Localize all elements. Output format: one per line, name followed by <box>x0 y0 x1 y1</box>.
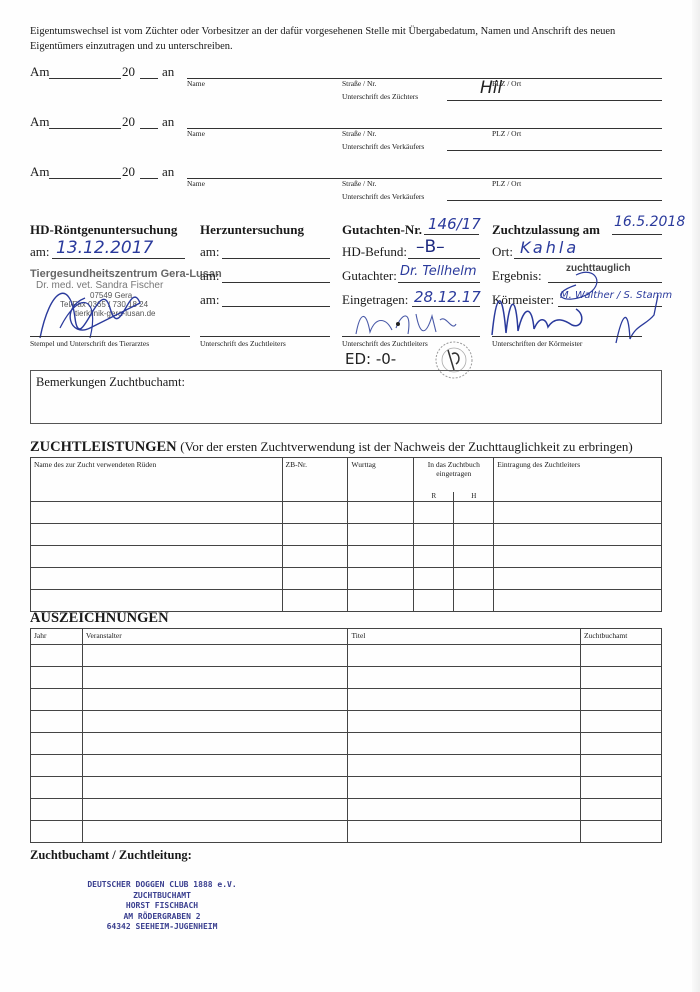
col-entry: Eintragung des Zuchtleiters <box>494 458 662 502</box>
table-row <box>31 777 662 799</box>
breeding-performance-table: Name des zur Zucht verwendeten Rüden ZB-… <box>30 457 662 612</box>
breeding-document-page: Eigentumswechsel ist vom Züchter oder Vo… <box>0 0 700 992</box>
cell-entry[interactable] <box>494 545 662 567</box>
table-row <box>31 755 662 777</box>
table-row <box>31 523 662 545</box>
table-row <box>31 501 662 523</box>
cell-organizer[interactable] <box>82 645 348 667</box>
hd-finding-label: HD-Befund: <box>342 244 407 260</box>
new-owner-field[interactable] <box>187 78 662 79</box>
hd-am-label: am: <box>30 244 50 260</box>
cell-year[interactable] <box>31 799 83 821</box>
breeding-warden-signature-scribble <box>352 306 462 340</box>
col-r: R <box>414 492 454 502</box>
cell-organizer[interactable] <box>82 777 348 799</box>
breeder-signature: Hil <box>480 78 502 98</box>
cell-litter-day[interactable] <box>348 501 414 523</box>
expertise-number-field[interactable] <box>424 234 479 235</box>
breeding-approval-date-field[interactable] <box>612 234 662 235</box>
date-field[interactable] <box>49 178 121 179</box>
cell-organizer[interactable] <box>82 821 348 843</box>
awards-heading: AUSZEICHNUNGEN <box>30 610 169 627</box>
cell-title[interactable] <box>348 755 581 777</box>
cell-h[interactable] <box>454 545 494 567</box>
registered-value: 28.12.17 <box>414 288 481 306</box>
plz-label: PLZ / Ort <box>492 179 521 188</box>
cell-entry[interactable] <box>494 523 662 545</box>
col-litter-day: Wurttag <box>348 458 414 502</box>
cell-organizer[interactable] <box>82 689 348 711</box>
name-label: Name <box>187 129 205 138</box>
year-field[interactable] <box>140 128 158 129</box>
cell-year[interactable] <box>31 689 83 711</box>
cell-entry[interactable] <box>494 589 662 611</box>
cell-sire[interactable] <box>31 589 283 611</box>
cell-studbook[interactable] <box>581 667 662 689</box>
new-owner-field[interactable] <box>187 128 662 129</box>
cell-zb[interactable] <box>282 523 348 545</box>
cell-zb[interactable] <box>282 589 348 611</box>
breeding-approval-label: Zuchtzulassung am <box>492 222 600 238</box>
page-edge <box>692 0 700 992</box>
cell-title[interactable] <box>348 689 581 711</box>
hd-date-value: 13.12.2017 <box>56 238 153 258</box>
expertise-number-value: 146/17 <box>428 215 481 233</box>
table-row <box>31 711 662 733</box>
am-label: Am <box>30 164 50 180</box>
ownership-change-1: Am 20 an Name Straße / Nr. PLZ / Ort Unt… <box>30 64 662 104</box>
cell-sire[interactable] <box>31 545 283 567</box>
cell-zb[interactable] <box>282 545 348 567</box>
col-sire: Name des zur Zucht verwendeten Rüden <box>31 458 283 502</box>
stamp-line4: AM RÖDERGRABEN 2 <box>82 912 242 923</box>
cell-year[interactable] <box>31 733 83 755</box>
street-label: Straße / Nr. <box>342 79 376 88</box>
table-row <box>31 645 662 667</box>
inspector-caption: Unterschriften der Körmeister <box>492 336 642 348</box>
table-row <box>31 733 662 755</box>
cell-zb[interactable] <box>282 501 348 523</box>
cell-litter-day[interactable] <box>348 545 414 567</box>
reviewer-value: Dr. Tellhelm <box>400 264 477 279</box>
signature-field[interactable] <box>447 150 662 151</box>
cell-title[interactable] <box>348 711 581 733</box>
table-row <box>31 689 662 711</box>
cell-h[interactable] <box>454 501 494 523</box>
year-field[interactable] <box>140 78 158 79</box>
year-prefix: 20 <box>122 164 135 180</box>
col-title: Titel <box>348 629 581 645</box>
vet-caption: Stempel und Unterschrift des Tierarztes <box>30 336 190 348</box>
hd-date-field[interactable] <box>52 258 185 259</box>
stamp-line2: ZUCHTBUCHAMT <box>82 891 242 902</box>
ownership-change-3: Am 20 an Name Straße / Nr. PLZ / Ort Unt… <box>30 164 662 204</box>
cell-sire[interactable] <box>31 567 283 589</box>
cell-title[interactable] <box>348 821 581 843</box>
cell-year[interactable] <box>31 755 83 777</box>
cell-studbook[interactable] <box>581 799 662 821</box>
studbook-stamp: DEUTSCHER DOGGEN CLUB 1888 e.V. ZUCHTBUC… <box>82 880 242 933</box>
vet-signature-scribble <box>30 268 190 346</box>
cell-r[interactable] <box>414 589 454 611</box>
breeding-approval-date-value: 16.5.2018 <box>614 214 685 230</box>
year-prefix: 20 <box>122 114 135 130</box>
plz-label: PLZ / Ort <box>492 129 521 138</box>
cell-year[interactable] <box>31 667 83 689</box>
signature-field[interactable] <box>447 100 662 101</box>
inspector-signatures-scribble <box>486 255 666 347</box>
cell-organizer[interactable] <box>82 667 348 689</box>
name-label: Name <box>187 179 205 188</box>
ownership-change-2: Am 20 an Name Straße / Nr. PLZ / Ort Unt… <box>30 114 662 154</box>
heart-am-label-2: am: <box>200 268 220 284</box>
an-label: an <box>162 164 174 180</box>
reviewer-field[interactable] <box>398 282 480 283</box>
signature-label: Unterschrift des Verkäufers <box>342 192 424 201</box>
year-field[interactable] <box>140 178 158 179</box>
signature-label: Unterschrift des Verkäufers <box>342 142 424 151</box>
stamp-line1: DEUTSCHER DOGGEN CLUB 1888 e.V. <box>82 880 242 891</box>
cell-year[interactable] <box>31 821 83 843</box>
cell-title[interactable] <box>348 645 581 667</box>
hd-finding-field[interactable] <box>408 258 480 259</box>
cell-h[interactable] <box>454 589 494 611</box>
table-header-row: Name des zur Zucht verwendeten Rüden ZB-… <box>31 458 662 492</box>
remarks-box[interactable]: Bemerkungen Zuchtbuchamt: <box>30 370 662 424</box>
cell-title[interactable] <box>348 733 581 755</box>
cell-litter-day[interactable] <box>348 523 414 545</box>
cell-studbook[interactable] <box>581 645 662 667</box>
hd-exam-title: HD-Röntgenuntersuchung <box>30 222 177 238</box>
col-year: Jahr <box>31 629 83 645</box>
heart-am-label-1: am: <box>200 244 220 260</box>
cell-sire[interactable] <box>31 523 283 545</box>
an-label: an <box>162 64 174 80</box>
cell-studbook[interactable] <box>581 733 662 755</box>
breeding-performance-title: ZUCHTLEISTUNGEN <box>30 439 177 455</box>
year-prefix: 20 <box>122 64 135 80</box>
date-field[interactable] <box>49 78 121 79</box>
awards-table: Jahr Veranstalter Titel Zuchtbuchamt <box>30 628 662 843</box>
cell-entry[interactable] <box>494 567 662 589</box>
stamp-line5: 64342 SEEHEIM-JUGENHEIM <box>82 922 242 933</box>
cell-sire[interactable] <box>31 501 283 523</box>
table-row <box>31 799 662 821</box>
street-label: Straße / Nr. <box>342 179 376 188</box>
cell-studbook[interactable] <box>581 777 662 799</box>
name-label: Name <box>187 79 205 88</box>
cell-r[interactable] <box>414 567 454 589</box>
an-label: an <box>162 114 174 130</box>
heart-am-label-3: am: <box>200 292 220 308</box>
signature-label: Unterschrift des Züchters <box>342 92 418 101</box>
table-row <box>31 545 662 567</box>
cell-r[interactable] <box>414 523 454 545</box>
cell-organizer[interactable] <box>82 733 348 755</box>
reviewer-label: Gutachter: <box>342 268 397 284</box>
footer-label: Zuchtbuchamt / Zuchtleitung: <box>30 848 192 863</box>
cell-year[interactable] <box>31 711 83 733</box>
col-zb-number: ZB-Nr. <box>282 458 348 502</box>
new-owner-field[interactable] <box>187 178 662 179</box>
cell-h[interactable] <box>454 567 494 589</box>
cell-year[interactable] <box>31 777 83 799</box>
expertise-number-label: Gutachten-Nr. <box>342 222 422 238</box>
cell-h[interactable] <box>454 523 494 545</box>
ed-note: ED: -0- <box>345 350 396 368</box>
signature-field[interactable] <box>447 200 662 201</box>
am-label: Am <box>30 114 50 130</box>
heart-exam-title: Herzuntersuchung <box>200 222 304 238</box>
cell-year[interactable] <box>31 645 83 667</box>
col-studbook: Zuchtbuchamt <box>581 629 662 645</box>
table-row <box>31 667 662 689</box>
am-label: Am <box>30 64 50 80</box>
col-studbook: In das Zuchtbuch eingetragen <box>414 458 494 492</box>
cell-entry[interactable] <box>494 501 662 523</box>
table-header-row: Jahr Veranstalter Titel Zuchtbuchamt <box>31 629 662 645</box>
cell-studbook[interactable] <box>581 755 662 777</box>
table-row <box>31 821 662 843</box>
cell-r[interactable] <box>414 545 454 567</box>
cell-litter-day[interactable] <box>348 567 414 589</box>
heart-date-field-2[interactable] <box>222 282 330 283</box>
cell-litter-day[interactable] <box>348 589 414 611</box>
street-label: Straße / Nr. <box>342 129 376 138</box>
col-organizer: Veranstalter <box>82 629 348 645</box>
cell-organizer[interactable] <box>82 755 348 777</box>
cell-studbook[interactable] <box>581 711 662 733</box>
remarks-label: Bemerkungen Zuchtbuchamt: <box>36 375 185 389</box>
cell-organizer[interactable] <box>82 711 348 733</box>
heart-date-field-3[interactable] <box>222 306 330 307</box>
cell-title[interactable] <box>348 667 581 689</box>
cell-title[interactable] <box>348 777 581 799</box>
cell-zb[interactable] <box>282 567 348 589</box>
heart-date-field-1[interactable] <box>222 258 330 259</box>
table-row <box>31 567 662 589</box>
breeding-performance-heading: ZUCHTLEISTUNGEN (Vor der ersten Zuchtver… <box>30 439 633 456</box>
cell-title[interactable] <box>348 799 581 821</box>
col-h: H <box>454 492 494 502</box>
heart-caption: Unterschrift des Zuchtleiters <box>200 336 330 348</box>
hd-finding-value: –B– <box>416 237 445 257</box>
cell-organizer[interactable] <box>82 799 348 821</box>
table-row <box>31 589 662 611</box>
cell-r[interactable] <box>414 501 454 523</box>
breeding-performance-subtitle: (Vor der ersten Zuchtverwendung ist der … <box>180 439 632 454</box>
intro-text: Eigentumswechsel ist vom Züchter oder Vo… <box>30 24 670 54</box>
stamp-line3: HORST FISCHBACH <box>82 901 242 912</box>
date-field[interactable] <box>49 128 121 129</box>
cell-studbook[interactable] <box>581 689 662 711</box>
cell-studbook[interactable] <box>581 821 662 843</box>
